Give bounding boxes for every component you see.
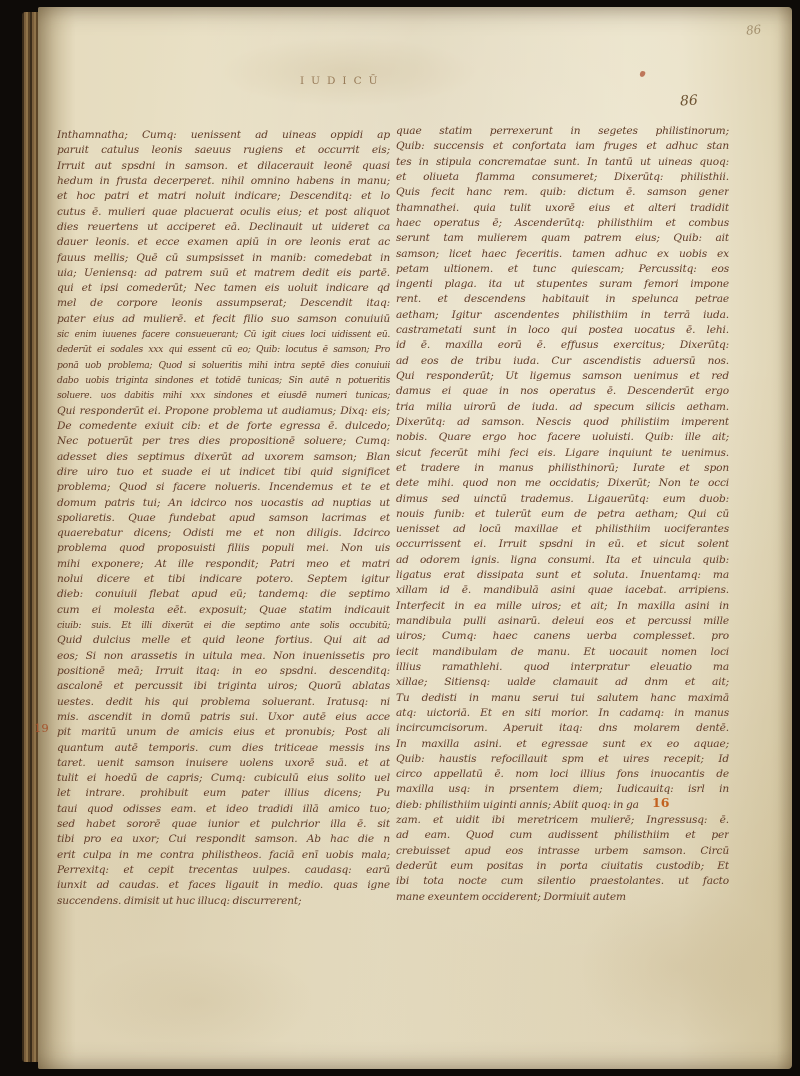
folio-number: 86 [680, 93, 699, 110]
manuscript-line: cum ei molesta eēt. exposuit; Quae stati… [57, 603, 390, 618]
manuscript-line: domum patris tui; An idcirco nos uocasti… [57, 496, 390, 511]
manuscript-line: crebuisset apud eos intrasse urbem samso… [396, 844, 729, 859]
manuscript-line: illius ramathlehi. quod interpratur eleu… [396, 660, 729, 675]
manuscript-line: Dixerūtq: ad samson. Nescis quod philist… [396, 415, 729, 430]
manuscript-line: dieb: philisthiim uiginti annis; Abiit q… [396, 798, 729, 813]
manuscript-line: dete mihi. quod non me occidatis; Dixerū… [396, 476, 729, 491]
manuscript-line: De comedente exiuit cib: et de forte egr… [57, 419, 390, 434]
manuscript-line: Qui responderūt; Ut ligemus samson uenim… [396, 369, 729, 384]
manuscript-line: tes in stipula concrematae sunt. In tant… [396, 155, 729, 170]
manuscript-line: id ē. maxilla eorū ē. effusus exercitus;… [396, 338, 729, 353]
manuscript-line: samson; licet haec feceritis. tamen adhu… [396, 247, 729, 262]
manuscript-line: dies reuertens ut acciperet eā. Declinau… [57, 220, 390, 235]
manuscript-line: Quid dulcius melle et quid leone fortius… [57, 633, 390, 648]
manuscript-line: mis. ascendit in domū patris sui. Uxor a… [57, 710, 390, 725]
manuscript-line: mandibula pulli asinarū. deleui eos et p… [396, 614, 729, 629]
manuscript-line: et oliueta flamma consumeret; Dixerūtq: … [396, 170, 729, 185]
manuscript-line: uiros; Cumq: haec canens uerba complesse… [396, 629, 729, 644]
manuscript-line: dimus sed uinctū trademus. Ligauerūtq: e… [396, 492, 729, 507]
manuscript-line: xillam id ē. mandibulā asini quae iaceba… [396, 583, 729, 598]
manuscript-line: Irruit aut spsdni in samson. et dilacera… [57, 159, 390, 174]
manuscript-line: mane exeuntem occiderent; Dormiuit autem [396, 890, 729, 905]
manuscript-line: quaerebatur dicens; Odisti me et non dil… [57, 526, 390, 541]
manuscript-line: ligatus erat dissipata sunt et soluta. I… [396, 568, 729, 583]
manuscript-line: dederūt ei sodales xxx qui essent cū eo;… [57, 342, 390, 357]
manuscript-line: circo appellatū ē. nom loci illius fons … [396, 767, 729, 782]
manuscript-line: zam. et uidit ibi meretricem mulierē; In… [396, 813, 729, 828]
marginal-number-right: 16 [652, 795, 669, 810]
manuscript-line: pater eius ad mulierē. et fecit filio su… [57, 312, 390, 327]
manuscript-line: Quib: succensis et confortata iam fruges… [396, 139, 729, 154]
manuscript-line: ponā uob problema; Quod si solueritis mi… [57, 358, 390, 373]
manuscript-line: problema; Quod si facere nolueris. Incen… [57, 480, 390, 495]
manuscript-line: adesset dies septimus dixerūt ad uxorem … [57, 450, 390, 465]
manuscript-line: ibi tota nocte cum silentio praestolante… [396, 874, 729, 889]
manuscript-line: damus ei quae in nos operatus ē. Descend… [396, 384, 729, 399]
manuscript-line: eos; Si non arassetis in uitula mea. Non… [57, 649, 390, 664]
manuscript-line: pit maritū unum de amicis eius et pronub… [57, 725, 390, 740]
manuscript-line: fauus mellis; Quē cū sumpsisset in manib… [57, 251, 390, 266]
manuscript-line: positionē meā; Irruit itaq: in eo spsdni… [57, 664, 390, 679]
parchment-stain [218, 37, 478, 107]
text-column-right: quae statim perrexerunt in segetes phili… [396, 124, 729, 905]
manuscript-line: erit culpa in me contra philistheos. fac… [57, 848, 390, 863]
manuscript-line: succendens. dimisit ut huc illucq: discu… [57, 894, 390, 909]
manuscript-line: serunt tam mulierem quam patrem eius; Qu… [396, 231, 729, 246]
manuscript-line: taui quod odisses eam. et ideo tradidi i… [57, 802, 390, 817]
manuscript-line: uia; Ueniensq: ad patrem suū et matrem d… [57, 266, 390, 281]
manuscript-line: ad eam. Quod cum audissent philisthiim e… [396, 828, 729, 843]
manuscript-line: dauer leonis. et ecce examen apiū in ore… [57, 235, 390, 250]
manuscript-line: Tu dedisti in manu serui tui salutem han… [396, 691, 729, 706]
photograph-background: { "page": { "header_title": "IUDICŪ", "f… [0, 0, 800, 1076]
manuscript-line: taret. uenit samson inuisere uolens uxor… [57, 756, 390, 771]
manuscript-line: iecit mandibulam de manu. Et uocauit nom… [396, 645, 729, 660]
manuscript-line: tulit ei hoedū de capris; Cumq: cubiculū… [57, 771, 390, 786]
manuscript-line: qui et ipsi comederūt; Nec tamen eis uol… [57, 281, 390, 296]
manuscript-line: problema quod proposuisti filiis populi … [57, 541, 390, 556]
manuscript-line: Quib: haustis refocillauit spm et uires … [396, 752, 729, 767]
manuscript-page: IUDICŪ 86 86 Inthamnatha; Cumq: uenissen… [38, 7, 792, 1069]
manuscript-line: sic enim iuuenes facere consueuerant; Cū… [57, 327, 390, 342]
manuscript-line: dire uiro tuo et suade ei ut indicet tib… [57, 465, 390, 480]
manuscript-line: Inthamnatha; Cumq: uenissent ad uineas o… [57, 128, 390, 143]
manuscript-line: Qui responderūt ei. Propone problema ut … [57, 404, 390, 419]
manuscript-line: spoliaretis. Quae fundebat apud samson l… [57, 511, 390, 526]
manuscript-line: aetham; Igitur ascendentes philisthiim i… [396, 308, 729, 323]
manuscript-line: castrametati sunt in loco qui postea uoc… [396, 323, 729, 338]
manuscript-line: Interfecit in ea mille uiros; et ait; In… [396, 599, 729, 614]
manuscript-line: mihi exponere; At ille respondit; Patri … [57, 557, 390, 572]
corner-folio-number: 86 [745, 22, 762, 38]
manuscript-line: petam ultionem. et tunc quiescam; Percus… [396, 262, 729, 277]
manuscript-line: uestes. dedit his qui problema soluerant… [57, 695, 390, 710]
manuscript-line: nolui dicere et tibi indicare potero. Se… [57, 572, 390, 587]
manuscript-line: tibi pro ea uxor; Cui respondit samson. … [57, 832, 390, 847]
manuscript-line: hedum in frusta decerperet. nihil omnino… [57, 174, 390, 189]
manuscript-line: let intrare. prohibuit eum pater illius … [57, 786, 390, 801]
manuscript-line: dederūt eum positas in porta ciuitatis c… [396, 859, 729, 874]
manuscript-line: sed habet sororē quae iunior et pulchrio… [57, 817, 390, 832]
manuscript-line: occurrissent ei. Irruit spsdni in eū. et… [396, 537, 729, 552]
manuscript-line: haec operatus ē; Ascenderūtq: philisthii… [396, 216, 729, 231]
manuscript-line: ingenti plaga. ita ut stupentes suram fe… [396, 277, 729, 292]
manuscript-line: uenisset ad locū maxillae et philisthiim… [396, 522, 729, 537]
manuscript-line: paruit catulus leonis saeuus rugiens et … [57, 143, 390, 158]
manuscript-line: rent. et descendens habitauit in spelunc… [396, 292, 729, 307]
manuscript-line: quae statim perrexerunt in segetes phili… [396, 124, 729, 139]
manuscript-line: soluere. uos dabitis mihi xxx sindones e… [57, 388, 390, 403]
manuscript-line: ad odorem ignis. ligna consumi. Ita et u… [396, 553, 729, 568]
parchment-stain [78, 947, 318, 1057]
manuscript-line: Quis fecit hanc rem. quib: dictum ē. sam… [396, 185, 729, 200]
manuscript-line: nouis funib: et tulerūt eum de petra aet… [396, 507, 729, 522]
manuscript-line: et hoc patri et matri noluit indicare; D… [57, 189, 390, 204]
red-ink-fleck [639, 70, 646, 77]
manuscript-line: nobis. Quare ergo hoc facere uoluisti. Q… [396, 430, 729, 445]
manuscript-line: atq: uictoriā. Et en siti morior. In cad… [396, 706, 729, 721]
manuscript-line: sicut fecerūt mihi feci eis. Ligare inqu… [396, 446, 729, 461]
manuscript-line: xillae; Sitiensq: ualde clamauit ad dnm … [396, 675, 729, 690]
manuscript-line: et tradere in manus philisthinorū; Iurat… [396, 461, 729, 476]
manuscript-line: ascalonē et percussit ibi triginta uiros… [57, 679, 390, 694]
manuscript-line: dabo uobis triginta sindones et totidē t… [57, 373, 390, 388]
manuscript-line: ciuib: suis. Et illi dixerūt ei die sept… [57, 618, 390, 633]
manuscript-line: mel de corpore leonis assumpserat; Desce… [57, 296, 390, 311]
manuscript-line: quantum autē temporis. cum dies triticea… [57, 741, 390, 756]
marginal-number-left: 19 [34, 721, 49, 735]
text-column-left: Inthamnatha; Cumq: uenissent ad uineas o… [57, 128, 390, 909]
manuscript-line: ad eos de tribu iuda. Cur ascendistis ad… [396, 354, 729, 369]
manuscript-line: incircumcisorum. Aperuit itaq: dns molar… [396, 721, 729, 736]
manuscript-line: tria milia uirorū de iuda. ad specum sil… [396, 400, 729, 415]
manuscript-line: In maxilla asini. et egressae sunt ex eo… [396, 737, 729, 752]
manuscript-line: cutus ē. mulieri quae placuerat oculis e… [57, 205, 390, 220]
manuscript-line: Perrexitq: et cepit trecentas uulpes. ca… [57, 863, 390, 878]
manuscript-line: iunxit ad caudas. et faces ligauit in me… [57, 878, 390, 893]
running-title: IUDICŪ [300, 75, 384, 87]
manuscript-line: Nec potuerūt per tres dies propositionē … [57, 434, 390, 449]
parchment-stain [578, 887, 778, 1047]
manuscript-line: maxilla usq: in prsentem diem; Iudicauit… [396, 782, 729, 797]
manuscript-line: dieb: conuiuii flebat apud eū; tandemq: … [57, 587, 390, 602]
manuscript-line: thamnathei. quia tulit uxorē eius et alt… [396, 201, 729, 216]
